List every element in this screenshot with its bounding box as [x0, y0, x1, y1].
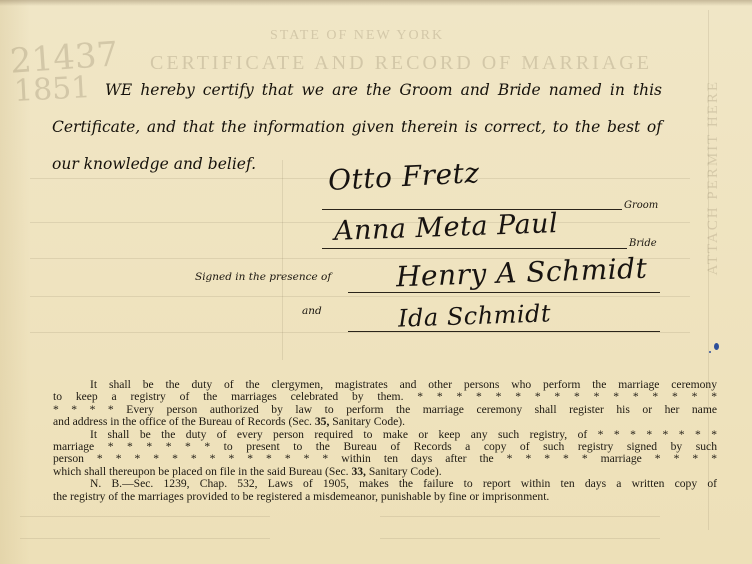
witness-1-signature-line — [348, 292, 660, 293]
bride-signature-line — [322, 248, 627, 249]
ghost-vertical-text: ATTACH PERMIT HERE — [705, 80, 722, 275]
groom-label: Groom — [624, 200, 658, 211]
ghost-rule — [380, 516, 660, 517]
ghost-rule — [30, 332, 690, 333]
and-label: and — [302, 305, 322, 317]
ghost-rule — [20, 538, 270, 539]
section-number: 33, — [351, 465, 366, 478]
ghost-header-small: STATE OF NEW YORK — [270, 28, 444, 44]
ink-spot — [709, 351, 711, 353]
bride-signature: Anna Meta Paul — [334, 208, 559, 247]
ghost-rule — [30, 296, 690, 297]
certification-line-1: WE hereby certify that we are the Groom … — [52, 72, 662, 109]
witness-2-signature-line — [348, 331, 660, 332]
ghost-rule — [380, 538, 660, 539]
statute-nb-line2: the registry of the marriages provided t… — [53, 491, 717, 503]
ghost-rule — [20, 516, 270, 517]
statute-text: which shall thereupon be placed on file … — [53, 465, 351, 478]
ghost-rule — [282, 160, 283, 360]
ink-spot — [714, 343, 719, 350]
statute-notice: It shall be the duty of the clergymen, m… — [53, 379, 717, 503]
statute-p1-line2: to keep a registry of the marriages cele… — [53, 391, 717, 403]
statute-nb-line1: N. B.—Sec. 1239, Chap. 532, Laws of 1905… — [53, 478, 717, 490]
section-number: 35, — [315, 415, 330, 428]
witness-2-signature: Ida Schmidt — [398, 299, 552, 332]
certificate-page: 21437 1851 STATE OF NEW YORK CERTIFICATE… — [0, 0, 752, 564]
statute-text: Sanitary Code). — [366, 465, 442, 478]
statute-text: Sanitary Code). — [329, 415, 405, 428]
groom-signature-line — [322, 209, 622, 210]
statute-p1-line4: and address in the office of the Bureau … — [53, 416, 717, 428]
signed-in-presence-label: Signed in the presence of — [195, 271, 331, 283]
groom-signature: Otto Fretz — [327, 156, 480, 197]
certification-line-2: Certificate, and that the information gi… — [52, 109, 662, 146]
bride-label: Bride — [629, 238, 657, 249]
statute-text: and address in the office of the Bureau … — [53, 415, 315, 428]
